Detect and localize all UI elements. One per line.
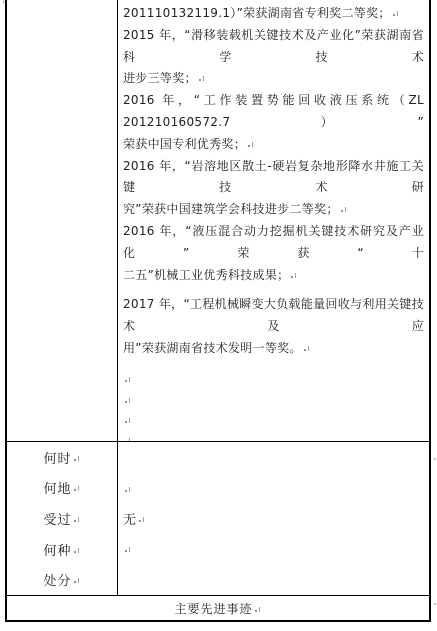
empty-paragraph (123, 534, 429, 564)
paragraph-mark-icon (74, 575, 81, 584)
punishment-value: 无 (123, 504, 429, 534)
empty-paragraph (123, 369, 424, 389)
punishment-label-where: 何地 (7, 473, 117, 504)
footer-title: 主要先进事迹 (174, 600, 261, 617)
paragraph-mark-icon (125, 374, 132, 383)
paragraph-mark-icon (393, 8, 400, 17)
award-line: 2017 年，“工程机械瞬变大负载能量回收与利用关键技术及应 (123, 294, 424, 338)
document-table: 201110132119.1）”荣获湖南省专利奖二等奖； 2015 年，“滑移装… (5, 0, 431, 622)
paragraph-mark-icon (74, 453, 81, 462)
punishment-label-sanction: 处分 (7, 564, 117, 595)
punishment-label-cell[interactable]: 何时 何地 受过 何种 处分 (7, 442, 118, 595)
paragraph-mark-icon (74, 545, 81, 554)
empty-paragraph (123, 409, 424, 429)
award-line: 2016 年，“工作装置势能回收液压系统（ZL 201210160572.7）” (123, 90, 424, 134)
document-page: { "awards": { "lines": [ "201110132119.1… (0, 0, 437, 631)
paragraph-mark-icon (74, 514, 81, 523)
punishment-label-received: 受过 (7, 503, 117, 534)
empty-paragraph (123, 389, 424, 409)
paragraph-mark-icon (125, 544, 132, 553)
paragraph-mark-icon (125, 415, 132, 424)
award-line: 荣获中国专利优秀奖； (123, 134, 424, 156)
award-line: 201110132119.1）”荣获湖南省专利奖二等奖； (123, 3, 424, 25)
paragraph-mark-icon (125, 435, 132, 441)
footer-title-row[interactable]: 主要先进事迹 (7, 596, 429, 621)
awards-row: 201110132119.1）”荣获湖南省专利奖二等奖； 2015 年，“滑移装… (7, 0, 429, 442)
paragraph-mark-icon (291, 270, 298, 279)
awards-text-cell[interactable]: 201110132119.1）”荣获湖南省专利奖二等奖； 2015 年，“滑移装… (118, 0, 429, 441)
paragraph-mark-icon (255, 604, 262, 613)
punishment-label-when: 何时 (7, 442, 117, 473)
award-line: 用”荣获湖南省技术发明一等奖。 (123, 338, 424, 360)
paragraph-mark-icon (199, 73, 206, 82)
paragraph-mark-icon (341, 204, 348, 213)
paragraph-mark-icon (139, 514, 146, 523)
award-line: 2016 年，“岩溶地区散土-硬岩复杂地形降水井施工关键技术研 (123, 156, 424, 200)
awards-left-cell[interactable] (7, 0, 118, 441)
punishment-value-cell[interactable]: 无 (118, 442, 429, 595)
award-line: 2015 年，“滑移装载机关键技术及产业化”荣获湖南省科学技术 (123, 25, 424, 69)
paragraph-mark-icon (304, 343, 311, 352)
paragraph-mark-icon (125, 484, 132, 493)
empty-paragraph (123, 429, 424, 441)
award-line: 二五”机械工业优秀科技成果； (123, 265, 424, 287)
paragraph-mark-icon (125, 395, 132, 404)
empty-paragraphs-block (123, 369, 424, 441)
paragraph-mark-icon (248, 139, 255, 148)
award-line: 究”荣获中国建筑学会科技进步二等奖； (123, 199, 424, 221)
award-line: 进步三等奖； (123, 68, 424, 90)
punishment-label-what-kind: 何种 (7, 534, 117, 565)
paragraph-mark-icon (74, 483, 81, 492)
empty-paragraph (123, 474, 429, 504)
award-line: 2016 年，“液压混合动力挖掘机关键技术研究及产业化”荣获“十 (123, 221, 424, 265)
punishment-row: 何时 何地 受过 何种 处分 无 (7, 442, 429, 596)
